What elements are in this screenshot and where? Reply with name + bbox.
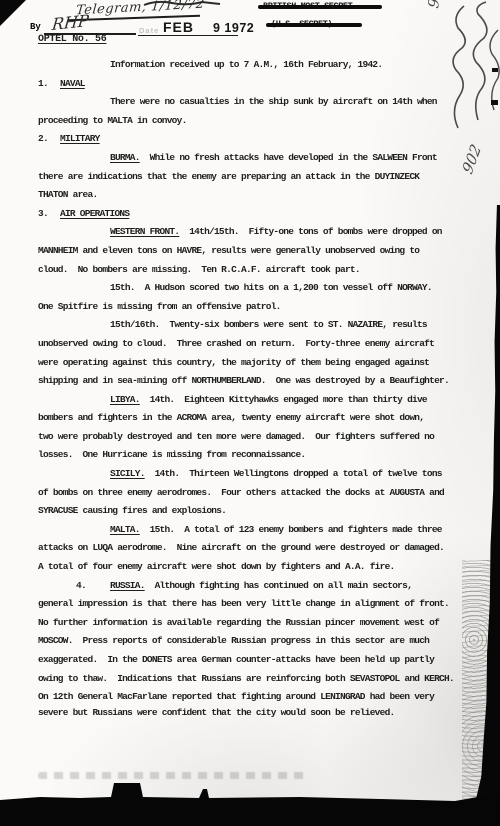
document-body: OPTEL No. 56 Information received up to …	[0, 0, 500, 719]
text-line: severe but Russians were confident that …	[38, 707, 462, 720]
section-number: 3.	[38, 205, 60, 224]
text-line: unobserved owing to cloud. Three crashed…	[38, 335, 462, 354]
text-line: were operating against this country, the…	[38, 354, 462, 373]
paragraph-lead: SICILY.	[110, 468, 145, 479]
text-line: of bombs on three enemy aerodromes. Four…	[38, 484, 462, 503]
text-line: MOSCOW. Press reports of considerable Ru…	[38, 632, 462, 651]
paragraph-lead: RUSSIA.	[110, 580, 145, 591]
text-line: owing to thaw. Indications that Russians…	[38, 670, 462, 689]
section-heading-line: 1.NAVAL	[38, 75, 462, 94]
scan-edge-mark	[492, 68, 498, 72]
paragraph-first-line: SICILY. 14th. Thirteen Wellingtons dropp…	[38, 465, 462, 484]
paragraph-lead: WESTERN FRONT.	[110, 226, 179, 237]
paragraph-first-line: MALTA. 15th. A total of 123 enemy bomber…	[38, 521, 462, 540]
intro-line: Information received up to 7 A.M., 16th …	[38, 56, 462, 75]
text-line: THATON area.	[38, 186, 462, 205]
section-heading: NAVAL	[60, 78, 85, 89]
section-number: 1.	[38, 75, 60, 94]
paragraph-first-line: There were no casualties in the ship sun…	[38, 93, 462, 112]
scan-edge-mark	[491, 100, 498, 105]
paragraph-first-line: 15th. A Hudson scored two hits on a 1,20…	[38, 279, 462, 298]
text-line: cloud. No bombers are missing. Ten R.C.A…	[38, 261, 462, 280]
text-line: losses. One Hurricane is missing from re…	[38, 446, 462, 465]
paragraph-first-line: On 12th General MacFarlane reported that…	[38, 688, 462, 707]
paragraph-lead: BURMA.	[110, 152, 140, 163]
text-line: No further information is available rega…	[38, 614, 462, 633]
text-line: A total of four enemy aircraft were shot…	[38, 558, 462, 577]
paragraph-first-line: 4.RUSSIA. Although fighting has continue…	[38, 577, 462, 596]
text-line: attacks on LUQA aerodrome. Nine aircraft…	[38, 539, 462, 558]
paragraph-lead: LIBYA.	[110, 394, 140, 405]
text-line: there are indications that the enemy are…	[38, 168, 462, 187]
paragraph-first-line: LIBYA. 14th. Eighteen Kittyhawks engaged…	[38, 391, 462, 410]
section-3: 3.AIR OPERATIONSWESTERN FRONT. 14th/15th…	[38, 205, 462, 577]
section-1: 1.NAVALThere were no casualties in the s…	[38, 75, 462, 131]
text-line: proceeding to MALTA in convoy.	[38, 112, 462, 131]
section-number: 2.	[38, 130, 60, 149]
faint-smudge	[38, 772, 308, 779]
text-line: shipping and in sea-mining off NORTHUMBE…	[38, 372, 462, 391]
paragraph-first-line: WESTERN FRONT. 14th/15th. Fifty-one tons…	[38, 223, 462, 242]
paragraph-first-line: 15th/16th. Twenty-six bombers were sent …	[38, 316, 462, 335]
document-number: OPTEL No. 56	[38, 33, 462, 47]
section-number: 4.	[76, 577, 86, 596]
section-heading-line: 2.MILITARY	[38, 130, 462, 149]
text-line: two were probably destroyed and ten more…	[38, 428, 462, 447]
section-heading: MILITARY	[60, 133, 100, 144]
paragraph-first-line: BURMA. While no fresh attacks have devel…	[38, 149, 462, 168]
section-2: 2.MILITARYBURMA. While no fresh attacks …	[38, 130, 462, 204]
text-line: general impression is that there has bee…	[38, 595, 462, 614]
text-line: SYRACUSE causing fires and explosions.	[38, 502, 462, 521]
section-heading-line: 3.AIR OPERATIONS	[38, 205, 462, 224]
scan-edge-black-bottom	[0, 780, 500, 826]
paragraph-lead: MALTA.	[110, 524, 140, 535]
text-line: bombers and fighters in the ACROMA area,…	[38, 409, 462, 428]
section-heading: AIR OPERATIONS	[60, 208, 129, 219]
text-line: exaggerated. In the DONETS area German c…	[38, 651, 462, 670]
text-line: One Spitfire is missing from an offensiv…	[38, 298, 462, 317]
sections-container: 1.NAVALThere were no casualties in the s…	[38, 75, 462, 720]
text-line: MANNHEIM and eleven tons on HAVRE, resul…	[38, 242, 462, 261]
section-4: 4.RUSSIA. Although fighting has continue…	[38, 577, 462, 720]
